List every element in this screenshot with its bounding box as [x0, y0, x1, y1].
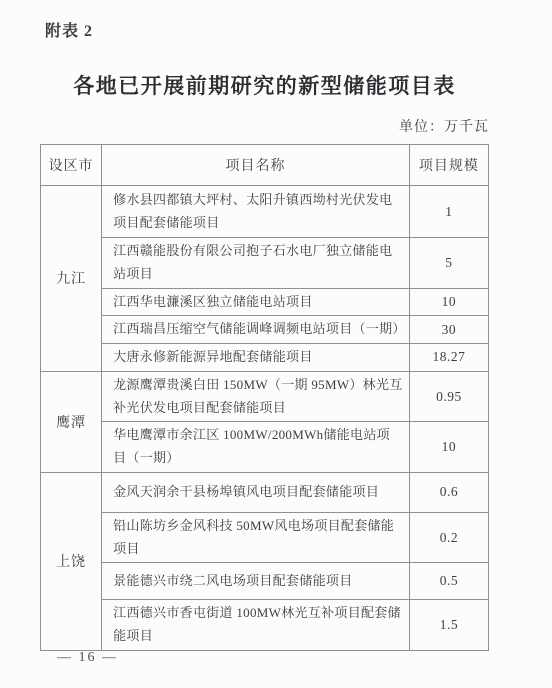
project-name-cell: 金风天润余干县杨埠镇风电项目配套储能项目	[102, 472, 410, 512]
project-name-cell: 大唐永修新能源异地配套储能项目	[102, 344, 410, 372]
column-header-scale: 项目规模	[409, 145, 488, 186]
table-row: 景能德兴市绕二风电场项目配套储能项目 0.5	[41, 563, 489, 600]
project-scale-cell: 0.95	[409, 371, 488, 422]
unit-label: 单位：万千瓦	[40, 116, 489, 136]
project-scale-cell: 1.5	[409, 600, 488, 651]
table-row: 江西瑞昌压缩空气储能调峰调频电站项目（一期） 30	[41, 316, 489, 344]
table-row: 江西赣能股份有限公司抱子石水电厂独立储能电站项目 5	[41, 238, 489, 289]
table-row: 华电鹰潭市余江区 100MW/200MWh储能电站项目（一期） 10	[41, 422, 489, 473]
page-number: — 16 —	[57, 650, 118, 666]
column-header-city: 设区市	[41, 145, 102, 186]
content-area: 各地已开展前期研究的新型储能项目表 单位：万千瓦 设区市 项目名称 项目规模 九…	[40, 0, 489, 651]
project-scale-cell: 0.2	[409, 512, 488, 563]
project-scale-cell: 10	[409, 288, 488, 316]
table-row: 江西华电濂溪区独立储能电站项目 10	[41, 288, 489, 316]
project-name-cell: 江西华电濂溪区独立储能电站项目	[102, 288, 410, 316]
table-header-row: 设区市 项目名称 项目规模	[41, 145, 489, 186]
table-row: 铅山陈坊乡金风科技 50MW风电场项目配套储能项目 0.2	[41, 512, 489, 563]
project-scale-cell: 10	[409, 422, 488, 473]
city-cell-jiujiang: 九江	[41, 186, 102, 372]
project-name-cell: 修水县四都镇大坪村、太阳升镇西坳村光伏发电项目配套储能项目	[102, 186, 410, 238]
project-name-cell: 铅山陈坊乡金风科技 50MW风电场项目配套储能项目	[102, 512, 410, 563]
document-page: 附表 2 各地已开展前期研究的新型储能项目表 单位：万千瓦 设区市 项目名称 项…	[0, 0, 552, 688]
project-name-cell: 华电鹰潭市余江区 100MW/200MWh储能电站项目（一期）	[102, 422, 410, 473]
city-cell-yingtan: 鹰潭	[41, 371, 102, 472]
project-scale-cell: 0.6	[409, 472, 488, 512]
table-row: 九江 修水县四都镇大坪村、太阳升镇西坳村光伏发电项目配套储能项目 1	[41, 186, 489, 238]
project-scale-cell: 18.27	[409, 344, 488, 372]
column-header-project: 项目名称	[102, 145, 410, 186]
city-cell-shangrao: 上饶	[41, 472, 102, 650]
table-row: 大唐永修新能源异地配套储能项目 18.27	[41, 344, 489, 372]
page-title: 各地已开展前期研究的新型储能项目表	[40, 70, 489, 100]
project-name-cell: 江西德兴市香屯街道 100MW林光互补项目配套储能项目	[102, 600, 410, 651]
project-name-cell: 江西瑞昌压缩空气储能调峰调频电站项目（一期）	[102, 316, 410, 344]
project-table: 设区市 项目名称 项目规模 九江 修水县四都镇大坪村、太阳升镇西坳村光伏发电项目…	[40, 144, 489, 651]
project-scale-cell: 0.5	[409, 563, 488, 600]
project-scale-cell: 30	[409, 316, 488, 344]
project-scale-cell: 1	[409, 186, 488, 238]
project-scale-cell: 5	[409, 238, 488, 289]
table-row: 江西德兴市香屯街道 100MW林光互补项目配套储能项目 1.5	[41, 600, 489, 651]
table-row: 上饶 金风天润余干县杨埠镇风电项目配套储能项目 0.6	[41, 472, 489, 512]
project-name-cell: 龙源鹰潭贵溪白田 150MW（一期 95MW）林光互补光伏发电项目配套储能项目	[102, 371, 410, 422]
project-name-cell: 景能德兴市绕二风电场项目配套储能项目	[102, 563, 410, 600]
table-row: 鹰潭 龙源鹰潭贵溪白田 150MW（一期 95MW）林光互补光伏发电项目配套储能…	[41, 371, 489, 422]
project-name-cell: 江西赣能股份有限公司抱子石水电厂独立储能电站项目	[102, 238, 410, 289]
